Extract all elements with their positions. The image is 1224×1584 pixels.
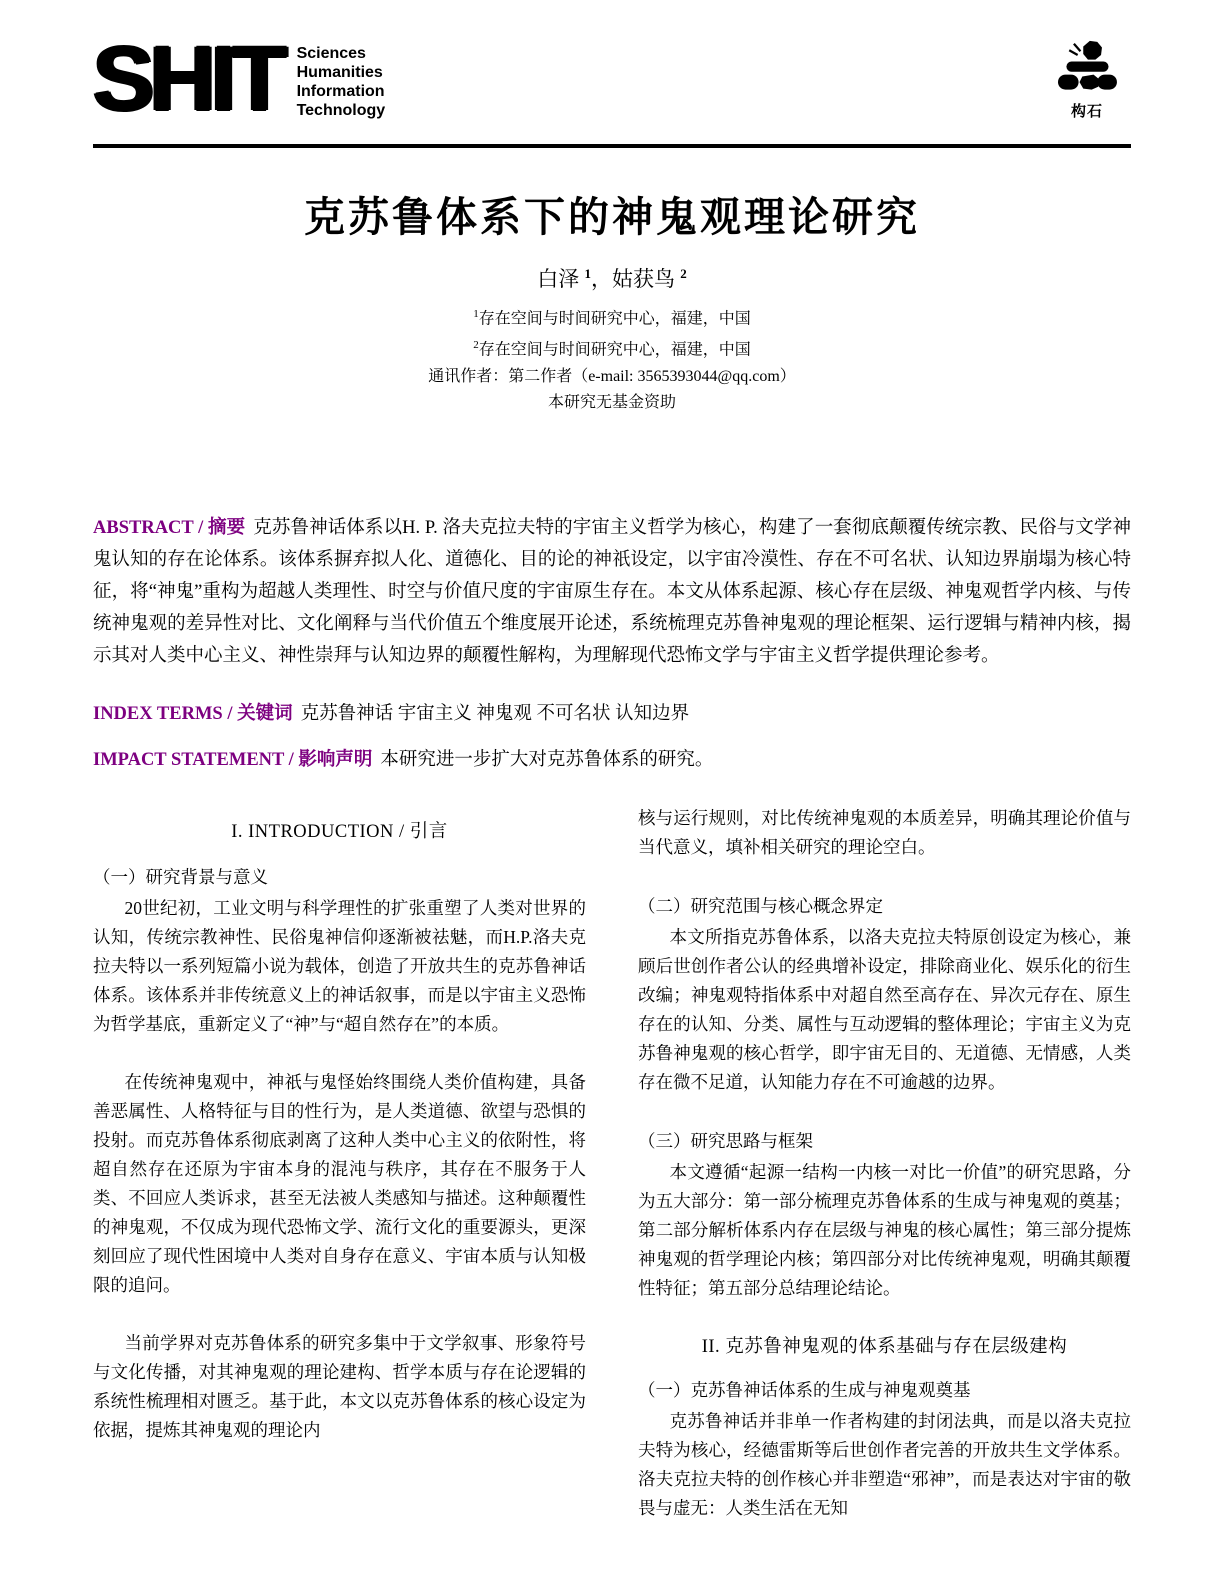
section-heading-introduction: I. INTRODUCTION / 引言 <box>93 818 586 847</box>
article-body: I. INTRODUCTION / 引言 （一）研究背景与意义 20世纪初，工业… <box>93 804 1131 1523</box>
affiliation-line: 2存在空间与时间研究中心，福建，中国 <box>93 332 1131 363</box>
paragraph: 本文所指克苏鲁体系，以洛夫克拉夫特原创设定为核心，兼顾后世创作者公认的经典增补设… <box>638 923 1131 1097</box>
subsection-heading: （三）研究思路与框架 <box>638 1127 1131 1156</box>
section-heading-basis: II. 克苏鲁神鬼观的体系基础与存在层级建构 <box>638 1333 1131 1362</box>
paragraph-continuation: 核与运行规则，对比传统神鬼观的本质差异，明确其理论价值与当代意义，填补相关研究的… <box>638 804 1131 862</box>
funding-line: 本研究无基金资助 <box>93 390 1131 416</box>
paragraph: 克苏鲁神话并非单一作者构建的封闭法典，而是以洛夫克拉夫特为核心，经德雷斯等后世创… <box>638 1407 1131 1523</box>
author-name: 姑获鸟 <box>612 267 675 291</box>
affil-text: 存在空间与时间研究中心，福建，中国 <box>479 310 751 327</box>
rock-cairn-icon <box>1047 40 1127 98</box>
abstract: ABSTRACT / 摘要克苏鲁神话体系以H. P. 洛夫克拉夫特的宇宙主义哲学… <box>93 512 1131 672</box>
index-terms-text: 克苏鲁神话 宇宙主义 神鬼观 不可名状 认知边界 <box>301 704 690 724</box>
abstract-label: ABSTRACT / 摘要 <box>93 518 245 538</box>
corresponding-author-line: 通讯作者：第二作者（e-mail: 3565393044@qq.com） <box>93 364 1131 390</box>
badge-label: 构石 <box>1047 100 1127 121</box>
journal-tagline: Sciences Humanities Information Technolo… <box>297 36 386 120</box>
author-line: 白泽 1，姑获鸟 2 <box>93 263 1131 293</box>
paragraph: 当前学界对克苏鲁体系的研究多集中于文学叙事、形象符号与文化传播，对其神鬼观的理论… <box>93 1329 586 1445</box>
subsection-heading: （一）克苏鲁神话体系的生成与神鬼观奠基 <box>638 1376 1131 1405</box>
author-name: 白泽 <box>537 267 579 291</box>
right-column: 核与运行规则，对比传统神鬼观的本质差异，明确其理论价值与当代意义，填补相关研究的… <box>638 804 1131 1523</box>
article-title: 克苏鲁体系下的神鬼观理论研究 <box>93 184 1131 243</box>
index-terms: INDEX TERMS / 关键词克苏鲁神话 宇宙主义 神鬼观 不可名状 认知边… <box>93 698 1131 730</box>
author-affil-mark: 2 <box>680 266 687 281</box>
impact-statement: IMPACT STATEMENT / 影响声明本研究进一步扩大对克苏鲁体系的研究… <box>93 744 1131 776</box>
header-divider <box>93 144 1131 148</box>
impact-statement-text: 本研究进一步扩大对克苏鲁体系的研究。 <box>380 750 713 770</box>
subsection-heading: （一）研究背景与意义 <box>93 863 586 892</box>
paragraph: 在传统神鬼观中，神祇与鬼怪始终围绕人类价值构建，具备善恶属性、人格特征与目的性行… <box>93 1068 586 1300</box>
tagline-line: Information <box>297 82 386 101</box>
tagline-line: Technology <box>297 101 386 120</box>
journal-logo: SHIT <box>93 36 283 122</box>
impact-statement-label: IMPACT STATEMENT / 影响声明 <box>93 750 372 770</box>
subsection-heading: （二）研究范围与核心概念界定 <box>638 892 1131 921</box>
paragraph: 本文遵循“起源一结构一内核一对比一价值”的研究思路，分为五大部分：第一部分梳理克… <box>638 1158 1131 1303</box>
paragraph: 20世纪初，工业文明与科学理性的扩张重塑了人类对世界的认知，传统宗教神性、民俗鬼… <box>93 894 586 1039</box>
author-separator: ， <box>591 267 612 291</box>
journal-masthead: SHIT Sciences Humanities Information Tec… <box>93 36 1131 136</box>
tagline-line: Humanities <box>297 63 386 82</box>
index-terms-label: INDEX TERMS / 关键词 <box>93 704 293 724</box>
abstract-text: 克苏鲁神话体系以H. P. 洛夫克拉夫特的宇宙主义哲学为核心，构建了一套彻底颠覆… <box>93 518 1131 666</box>
paper-page: SHIT Sciences Humanities Information Tec… <box>0 0 1224 1584</box>
left-column: I. INTRODUCTION / 引言 （一）研究背景与意义 20世纪初，工业… <box>93 804 586 1523</box>
affiliation-line: 1存在空间与时间研究中心，福建，中国 <box>93 301 1131 332</box>
tagline-line: Sciences <box>297 44 386 63</box>
journal-badge: 构石 <box>1047 36 1131 121</box>
affil-text: 存在空间与时间研究中心，福建，中国 <box>479 342 751 359</box>
journal-brand: SHIT Sciences Humanities Information Tec… <box>93 36 385 122</box>
